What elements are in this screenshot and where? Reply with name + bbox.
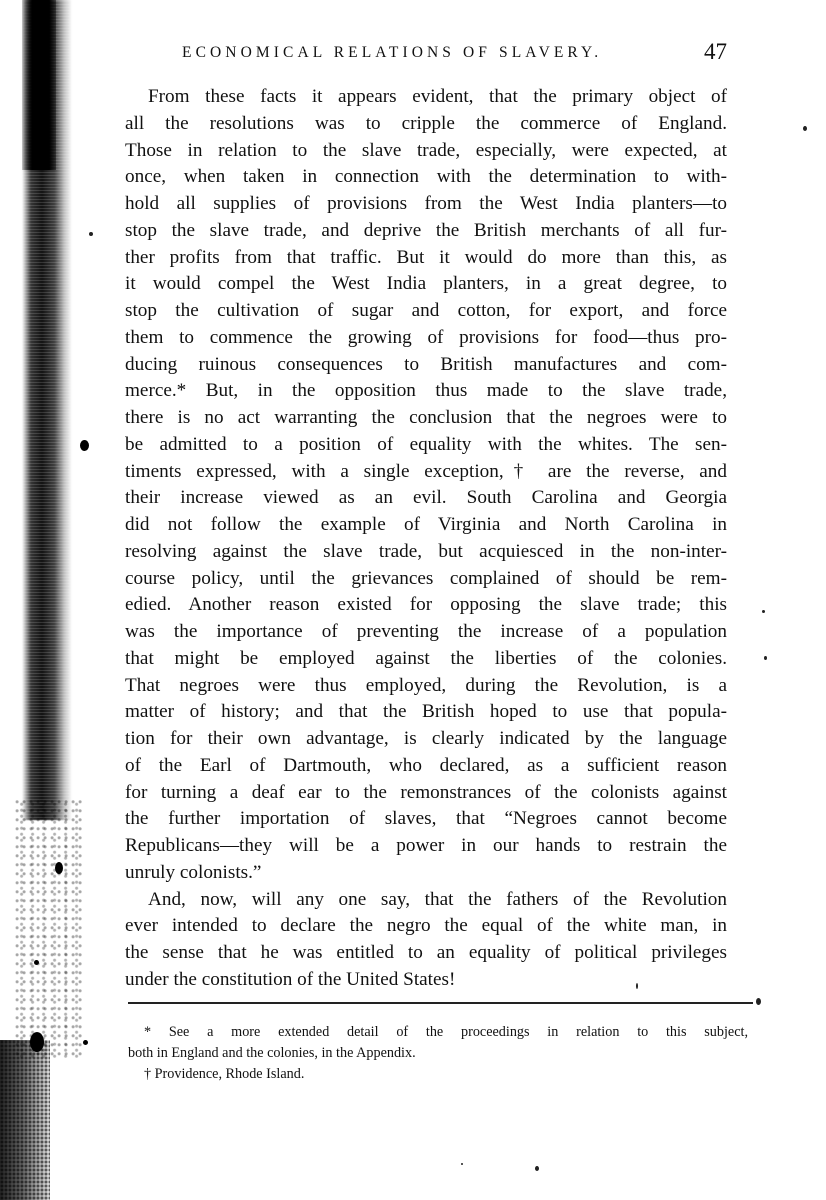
text-line: once, when taken in connection with the … (125, 164, 727, 191)
footnote: * See a more extended detail of the proc… (128, 1022, 748, 1064)
text-line: From these facts it appears evident, tha… (125, 84, 727, 111)
text-line: it would compel the West India planters,… (125, 271, 727, 298)
text-line: stop the cultivation of sugar and cotton… (125, 298, 727, 325)
text-line: Those in relation to the slave trade, es… (125, 138, 727, 165)
text-line: ever intended to declare the negro the e… (125, 913, 727, 940)
text-line: that might be employed against the liber… (125, 646, 727, 673)
text-line: for turning a deaf ear to the remonstran… (125, 780, 727, 807)
binding-shadow-band (22, 0, 72, 820)
text-line: matter of history; and that the British … (125, 699, 727, 726)
text-line: That negroes were thus employed, during … (125, 673, 727, 700)
text-line: resolving against the slave trade, but a… (125, 539, 727, 566)
scan-speck (803, 126, 807, 131)
page-header: ECONOMICAL RELATIONS OF SLAVERY. 47 (152, 40, 727, 76)
text-line: under the constitution of the United Sta… (125, 967, 727, 994)
paragraph: And, now, will any one say, that the fat… (125, 887, 727, 994)
binding-edge-shadow (0, 0, 110, 1200)
ink-blot (34, 960, 39, 965)
ink-blot (80, 440, 89, 451)
text-line: † Providence, Rhode Island. (128, 1064, 748, 1085)
ink-blot (55, 862, 63, 874)
text-line: tion for their own advantage, is clearly… (125, 726, 727, 753)
text-line: of the Earl of Dartmouth, who declared, … (125, 753, 727, 780)
text-line: edied. Another reason existed for opposi… (125, 592, 727, 619)
text-line: timents expressed, with a single excepti… (125, 459, 727, 486)
footnote: † Providence, Rhode Island. (128, 1064, 748, 1085)
text-line: ducing ruinous consequences to British m… (125, 352, 727, 379)
text-line: be admitted to a position of equality wi… (125, 432, 727, 459)
scan-speck (461, 1163, 463, 1165)
text-line: was the importance of preventing the inc… (125, 619, 727, 646)
text-line: course policy, until the grievances comp… (125, 566, 727, 593)
binding-shadow-speckle (15, 800, 85, 1060)
text-line: unruly colonists.” (125, 860, 727, 887)
text-line: Republicans—they will be a power in our … (125, 833, 727, 860)
text-line: hold all supplies of provisions from the… (125, 191, 727, 218)
binding-shadow-top (22, 0, 56, 170)
text-line: both in England and the colonies, in the… (128, 1043, 748, 1064)
text-line: their increase viewed as an evil. South … (125, 485, 727, 512)
paragraph: From these facts it appears evident, tha… (125, 84, 727, 887)
page-number: 47 (704, 39, 727, 65)
scan-speck (756, 998, 761, 1005)
text-line: And, now, will any one say, that the fat… (125, 887, 727, 914)
text-line: all the resolutions was to cripple the c… (125, 111, 727, 138)
scan-speck (762, 610, 765, 613)
text-line: the further importation of slaves, that … (125, 806, 727, 833)
text-line: the sense that he was entitled to an equ… (125, 940, 727, 967)
text-line: them to commence the growing of provisio… (125, 325, 727, 352)
scan-speck (89, 232, 93, 236)
scan-speck (535, 1166, 539, 1171)
running-head: ECONOMICAL RELATIONS OF SLAVERY. (182, 44, 602, 62)
binding-shadow-corner (0, 1040, 50, 1200)
ink-blot (83, 1040, 88, 1045)
text-line: did not follow the example of Virginia a… (125, 512, 727, 539)
text-line: * See a more extended detail of the proc… (128, 1022, 748, 1043)
scan-speck (764, 656, 767, 660)
text-line: there is no act warranting the conclusio… (125, 405, 727, 432)
body-text: From these facts it appears evident, tha… (125, 84, 727, 994)
text-line: stop the slave trade, and deprive the Br… (125, 218, 727, 245)
text-line: ther profits from that traffic. But it w… (125, 245, 727, 272)
ink-blot (30, 1032, 44, 1052)
footnotes: * See a more extended detail of the proc… (128, 1022, 748, 1085)
footnote-rule (128, 1002, 753, 1004)
text-line: merce.* But, in the opposition thus made… (125, 378, 727, 405)
